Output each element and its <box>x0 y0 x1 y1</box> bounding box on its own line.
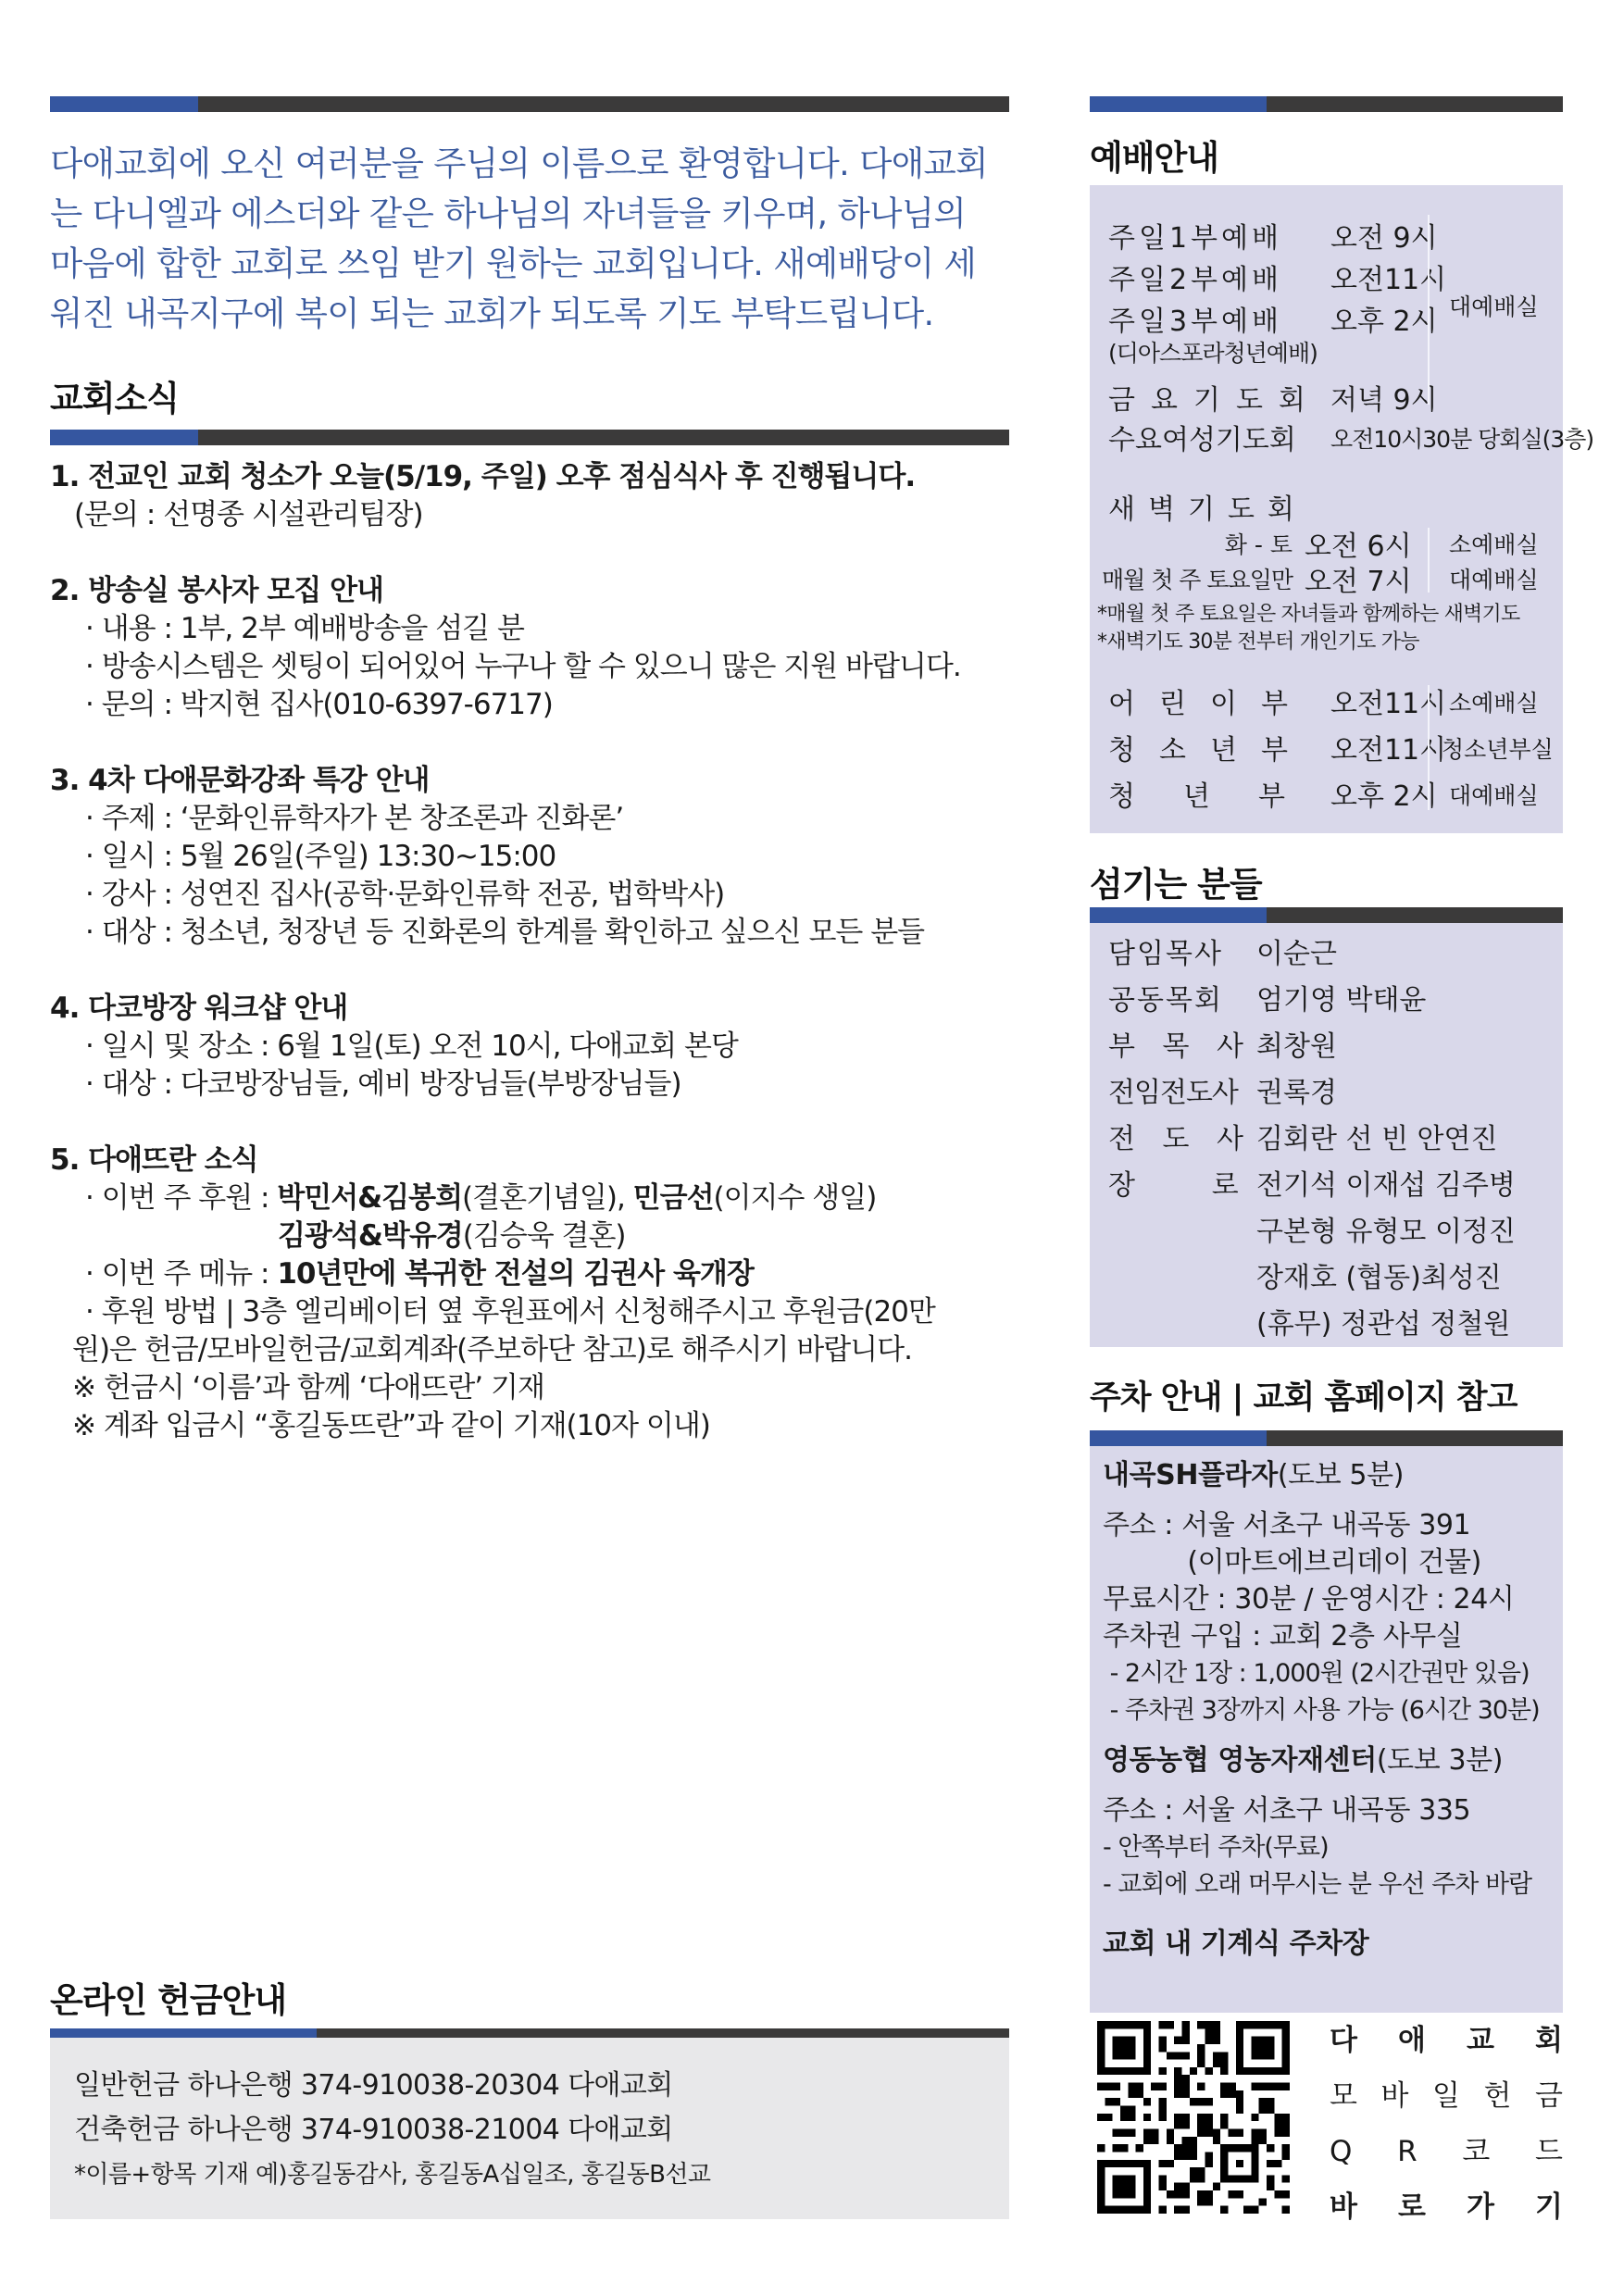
dept-time: 오후 2시 <box>1330 773 1438 814</box>
parking-panel: 내곡SH플라자(도보 5분) 주소 : 서울 서초구 내곡동 391 (이마트에… <box>1090 1446 1563 2013</box>
news-item-title: 4. 다코방장 워크샵 안내 <box>50 990 1013 1028</box>
servant-names: 김회란 선 빈 안연진 <box>1256 1116 1497 1156</box>
servant-names: 엄기영 박태윤 <box>1256 977 1426 1017</box>
parking-info-line: 주소 : 서울 서초구 내곡동 391 <box>1103 1507 1563 1544</box>
divider <box>1428 528 1430 593</box>
sponsor-name: 박민서&김봉희 <box>277 1181 462 1215</box>
news-item-title: 5. 다애뜨란 소식 <box>50 1142 1013 1179</box>
news-item-title: 3. 4차 다애문화강좌 특강 안내 <box>50 762 1013 800</box>
parking-info-line: 주소 : 서울 서초구 내곡동 335 <box>1103 1792 1563 1829</box>
news-item-2: 2. 방송실 봉사자 모집 안내 · 내용 : 1부, 2부 예배방송을 섬길 … <box>50 572 1013 724</box>
dawn-label: 새벽기도회 <box>1108 486 1307 527</box>
giving-account-general: 일반헌금 하나은행 374-910038-20304 다애교회 <box>74 2064 1009 2108</box>
giving-panel: 일반헌금 하나은행 374-910038-20304 다애교회 건축헌금 하나은… <box>50 2038 1009 2219</box>
dept-label: 청소년부 <box>1108 727 1312 767</box>
worship-row-sunday-2: 주일2부예배 오전11시 <box>1108 256 1282 297</box>
dawn-days: 화 - 토 <box>1225 527 1293 560</box>
divider <box>1428 215 1430 405</box>
servant-names: 이순근 <box>1256 930 1337 971</box>
news-list: 1. 전교인 교회 청소가 오늘(5/19, 주일) 오후 점심식사 후 진행됩… <box>50 458 1013 1483</box>
news-item-line: (문의 : 선명종 시설관리팀장) <box>50 496 1013 534</box>
news-item-5: 5. 다애뜨란 소식 · 이번 주 후원 : 박민서&김봉희(결혼기념일), 민… <box>50 1142 1013 1445</box>
qr-char: 헌 <box>1484 2074 1512 2129</box>
welcome-top-bar <box>50 96 1009 112</box>
worship-sunday3-note: (디아스포라청년예배) <box>1108 335 1318 368</box>
sponsor-note: (이지수 생일) <box>714 1181 877 1215</box>
sponsor-line: · 이번 주 후원 : 박민서&김봉희(결혼기념일), 민금선(이지수 생일) <box>50 1179 1013 1217</box>
news-heading: 교회소식 <box>50 370 179 420</box>
sponsor-name: 김광석&박유경 <box>278 1219 463 1253</box>
qr-char: 드 <box>1535 2129 1563 2185</box>
news-item-line: · 대상 : 다코방장님들, 예비 방장님들(부방장님들) <box>50 1066 1013 1104</box>
news-item-4: 4. 다코방장 워크샵 안내 · 일시 및 장소 : 6월 1일(토) 오전 1… <box>50 990 1013 1104</box>
note-line: ※ 헌금시 ‘이름’과 함께 ‘다애뜨란’ 기재 <box>50 1369 1013 1407</box>
news-item-1: 1. 전교인 교회 청소가 오늘(5/19, 주일) 오후 점심식사 후 진행됩… <box>50 458 1013 534</box>
news-item-line: · 내용 : 1부, 2부 예배방송을 섬길 분 <box>50 610 1013 648</box>
dept-row-young-adult: 청년부 오후 2시 <box>1108 773 1333 814</box>
welcome-line: 는 다니엘과 에스더와 같은 하나님의 자녀들을 키우며, 하나님의 <box>50 189 1013 239</box>
worship-time: 저녁 9시 <box>1330 377 1438 418</box>
news-item-title: 2. 방송실 봉사자 모집 안내 <box>50 572 1013 610</box>
qr-caption-row: 바 로 가 기 <box>1330 2185 1563 2240</box>
sponsor-note: (김승욱 결혼) <box>463 1219 626 1253</box>
qr-code-icon[interactable] <box>1097 2021 1290 2214</box>
dept-label: 청년부 <box>1108 773 1333 814</box>
servant-row: 공동목회엄기영 박태윤 <box>1108 977 1256 1017</box>
news-item-title: 1. 전교인 교회 청소가 오늘(5/19, 주일) 오후 점심식사 후 진행됩… <box>50 458 1013 496</box>
servant-names: 구본형 유형모 이정진 <box>1256 1208 1516 1249</box>
qr-char: 애 <box>1398 2018 1426 2074</box>
dept-row-children: 어린이부 오전11시 <box>1108 680 1312 721</box>
qr-char: 바 <box>1381 2074 1409 2129</box>
note-line: ※ 계좌 입금시 “홍길동뜨란”과 같이 기재(10자 이내) <box>50 1407 1013 1445</box>
servant-row: (휴무) 정관섭 정철원 <box>1108 1301 1256 1333</box>
qr-char: 일 <box>1432 2074 1460 2129</box>
news-item-line: · 문의 : 박지현 집사(010-6397-6717) <box>50 686 1013 724</box>
servant-role: 공동목회 <box>1108 977 1256 1017</box>
giving-account-building: 건축헌금 하나은행 374-910038-21004 다애교회 <box>74 2108 1009 2152</box>
servants-heading: 섬기는 분들 <box>1090 856 1262 906</box>
qr-caption-row: 모 바 일 헌 금 <box>1330 2074 1563 2129</box>
servant-row: 전임전도사권록경 <box>1108 1069 1256 1110</box>
dawn-room: 대예배실 <box>1449 562 1539 595</box>
worship-label: 금요기도회 <box>1108 377 1321 418</box>
servant-names: 전기석 이재섭 김주병 <box>1256 1162 1516 1203</box>
servant-role: 전임전도사 <box>1108 1069 1256 1110</box>
dawn-label-row: 새벽기도회 <box>1108 486 1307 527</box>
news-item-3: 3. 4차 다애문화강좌 특강 안내 · 주제 : ‘문화인류학자가 본 창조론… <box>50 762 1013 952</box>
dept-room: 청소년부실 <box>1442 731 1554 765</box>
parking-info-line: (이마트에브리데이 건물) <box>1103 1544 1563 1581</box>
sponsor-label: · 이번 주 후원 : <box>85 1181 277 1215</box>
menu-line: · 이번 주 메뉴 : 10년만에 복귀한 전설의 김권사 육개장 <box>50 1255 1013 1293</box>
qr-char: 가 <box>1467 2185 1494 2240</box>
servant-role: 담임목사 <box>1108 930 1256 971</box>
news-item-line: · 강사 : 성연진 집사(공학·문화인류학 전공, 법학박사) <box>50 876 1013 914</box>
dept-label: 어린이부 <box>1108 680 1312 721</box>
giving-heading: 온라인 헌금안내 <box>50 1972 286 2022</box>
worship-row-sunday-1: 주일1부예배 오전 9시 <box>1108 215 1282 256</box>
sponsor-name: 민금선 <box>633 1181 714 1215</box>
parking-lot-name: 내곡SH플라자 <box>1103 1459 1278 1491</box>
method-line: · 후원 방법 | 3층 엘리베이터 옆 후원표에서 신청해주시고 후원금(20… <box>50 1293 1013 1331</box>
method-line: 원)은 헌금/모바일헌금/교회계좌(주보하단 참고)로 해주시기 바랍니다. <box>50 1331 1013 1369</box>
qr-caption[interactable]: 다 애 교 회 모 바 일 헌 금 Q R 코 드 바 로 가 기 <box>1330 2018 1563 2240</box>
servant-row: 장 로전기석 이재섭 김주병 <box>1108 1162 1256 1203</box>
dawn-days: 매월 첫 주 토요일만 <box>1102 562 1293 595</box>
qr-char: 금 <box>1535 2074 1563 2129</box>
news-item-line: · 일시 : 5월 26일(주일) 13:30~15:00 <box>50 838 1013 876</box>
servant-names: (휴무) 정관섭 정철원 <box>1256 1301 1510 1341</box>
parking-info-line: 무료시간 : 30분 / 운영시간 : 24시 <box>1103 1581 1563 1618</box>
worship-row-sunday-3: 주일3부예배 오후 2시 <box>1108 298 1282 339</box>
news-item-line: · 대상 : 청소년, 청장년 등 진화론의 한계를 확인하고 싶으신 모든 분… <box>50 914 1013 952</box>
worship-time: 오후 2시 <box>1330 298 1438 339</box>
parking-heading-bar <box>1090 1430 1563 1446</box>
parking-lot-name: 영동농협 영농자재센터 <box>1103 1744 1377 1777</box>
qr-char: 다 <box>1330 2018 1357 2074</box>
sponsor-line: 김광석&박유경(김승욱 결혼) <box>50 1217 1013 1255</box>
news-item-line: · 방송시스템은 셋팅이 되어있어 누구나 할 수 있으니 많은 지원 바랍니다… <box>50 648 1013 686</box>
worship-label: 주일1부예배 <box>1108 215 1282 256</box>
parking-lot-3-title: 교회 내 기계식 주차장 <box>1103 1926 1563 1963</box>
qr-char: 회 <box>1535 2018 1563 2074</box>
parking-heading: 주차 안내 | 교회 홈페이지 참고 <box>1090 1372 1517 1418</box>
qr-char: Q <box>1330 2129 1352 2185</box>
dept-room: 소예배실 <box>1449 685 1539 718</box>
parking-lot-1-title: 내곡SH플라자(도보 5분) <box>1103 1457 1563 1494</box>
servant-row: 부 목 사최창원 <box>1108 1023 1256 1064</box>
worship-time: 오전 9시 <box>1330 215 1438 256</box>
worship-detail: 오전10시30분 당회실(3층) <box>1330 421 1593 455</box>
qr-char: 교 <box>1467 2018 1494 2074</box>
servant-role: 전 도 사 <box>1108 1116 1256 1156</box>
parking-lot-walk: (도보 5분) <box>1278 1459 1404 1491</box>
welcome-line: 다애교회에 오신 여러분을 주님의 이름으로 환영합니다. 다애교회 <box>50 139 1013 189</box>
dawn-room: 소예배실 <box>1449 527 1539 560</box>
qr-char: 기 <box>1535 2185 1563 2240</box>
dept-room: 대예배실 <box>1449 778 1539 811</box>
qr-char: 바 <box>1330 2185 1357 2240</box>
servant-row: 구본형 유형모 이정진 <box>1108 1208 1256 1241</box>
news-item-line: · 일시 및 장소 : 6월 1일(토) 오전 10시, 다애교회 본당 <box>50 1028 1013 1066</box>
qr-caption-row: Q R 코 드 <box>1330 2129 1563 2185</box>
parking-sub-line: - 2시간 1장 : 1,000원 (2시간권만 있음) <box>1103 1655 1563 1692</box>
worship-row-friday: 금요기도회 저녁 9시 <box>1108 377 1321 418</box>
worship-room: 대예배실 <box>1449 289 1539 322</box>
welcome-line: 워진 내곡지구에 복이 되는 교회가 되도록 기도 부탁드립니다. <box>50 289 1013 339</box>
servant-names: 최창원 <box>1256 1023 1337 1064</box>
worship-panel: 주일1부예배 오전 9시 주일2부예배 오전11시 주일3부예배 오후 2시 (… <box>1090 185 1563 833</box>
parking-lot-walk: (도보 3분) <box>1377 1744 1503 1777</box>
parking-info-line: 주차권 구입 : 교회 2층 사무실 <box>1103 1618 1563 1655</box>
dawn-time: 오전 7시 <box>1305 558 1412 599</box>
news-heading-bar <box>50 430 1009 445</box>
parking-sub-line: - 교회에 오래 머무시는 분 우선 주차 바람 <box>1103 1866 1563 1903</box>
welcome-line: 마음에 합한 교회로 쓰임 받기 원하는 교회입니다. 새예배당이 세 <box>50 239 1013 289</box>
servants-heading-bar <box>1090 907 1563 923</box>
servant-names: 장재호 (협동)최성진 <box>1256 1254 1502 1295</box>
sponsor-note: (결혼기념일), <box>462 1181 633 1215</box>
servant-row: 장재호 (협동)최성진 <box>1108 1254 1256 1287</box>
servant-row: 전 도 사김회란 선 빈 안연진 <box>1108 1116 1256 1156</box>
servant-role: 부 목 사 <box>1108 1023 1256 1064</box>
qr-char: 코 <box>1462 2129 1490 2185</box>
worship-row-wednesday: 수요여성기도회 오전10시30분 당회실(3층) <box>1108 417 1296 457</box>
qr-char: R <box>1397 2129 1417 2185</box>
servant-row: 담임목사이순근 <box>1108 930 1256 971</box>
menu-label: · 이번 주 메뉴 : <box>85 1257 277 1291</box>
worship-label: 주일2부예배 <box>1108 256 1282 297</box>
qr-char: 로 <box>1398 2185 1426 2240</box>
giving-note: *이름+항목 기재 예)홍길동감사, 홍길동A십일조, 홍길동B선교 <box>74 2152 1009 2197</box>
servant-role: 장 로 <box>1108 1162 1256 1203</box>
servant-names: 권록경 <box>1256 1069 1337 1110</box>
news-item-line: · 주제 : ‘문화인류학자가 본 창조론과 진화론’ <box>50 800 1013 838</box>
dept-row-youth: 청소년부 오전11시 <box>1108 727 1312 767</box>
worship-label: 수요여성기도회 <box>1108 424 1296 456</box>
qr-char: 모 <box>1330 2074 1357 2129</box>
parking-lot-name: 교회 내 기계식 주차장 <box>1103 1928 1368 1960</box>
divider <box>1428 685 1430 810</box>
worship-label: 주일3부예배 <box>1108 298 1282 339</box>
dawn-note: *새벽기도 30분 전부터 개인기도 가능 <box>1097 626 1419 655</box>
worship-heading: 예배안내 <box>1090 130 1218 180</box>
dawn-note: *매월 첫 주 토요일은 자녀들과 함께하는 새벽기도 <box>1097 598 1519 627</box>
servants-panel: 담임목사이순근 공동목회엄기영 박태윤 부 목 사최창원 전임전도사권록경 전 … <box>1090 923 1563 1347</box>
worship-top-bar <box>1090 96 1563 112</box>
parking-sub-line: - 안쪽부터 주차(무료) <box>1103 1829 1563 1866</box>
parking-lot-2-title: 영동농협 영농자재센터(도보 3분) <box>1103 1742 1563 1779</box>
qr-caption-row: 다 애 교 회 <box>1330 2018 1563 2074</box>
menu-name: 10년만에 복귀한 전설의 김권사 육개장 <box>277 1257 754 1291</box>
welcome-message: 다애교회에 오신 여러분을 주님의 이름으로 환영합니다. 다애교회 는 다니엘… <box>50 139 1013 339</box>
parking-sub-line: - 주차권 3장까지 사용 가능 (6시간 30분) <box>1103 1692 1563 1729</box>
